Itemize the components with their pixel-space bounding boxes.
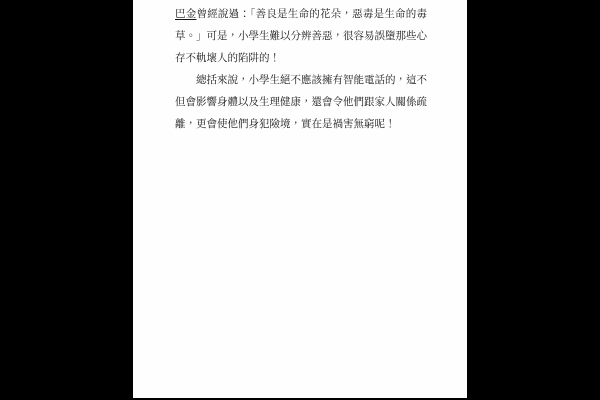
essay-text-block: 巴金曾經說過：「善良是生命的花朵，惡毒是生命的毒草。」可是，小學生難以分辨善惡，… (133, 0, 467, 135)
underlined-proper-noun: 巴金 (175, 8, 196, 20)
essay-paragraph: 總括來說，小學生絕不應該擁有智能電話的，這不但會影響身體以及生理健康，還會令他們… (175, 69, 427, 135)
viewer-background: 巴金曾經說過：「善良是生命的花朵，惡毒是生命的毒草。」可是，小學生難以分辨善惡，… (0, 0, 600, 400)
essay-paragraph: 巴金曾經說過：「善良是生命的花朵，惡毒是生命的毒草。」可是，小學生難以分辨善惡，… (175, 3, 427, 69)
document-page: 巴金曾經說過：「善良是生命的花朵，惡毒是生命的毒草。」可是，小學生難以分辨善惡，… (133, 0, 467, 398)
